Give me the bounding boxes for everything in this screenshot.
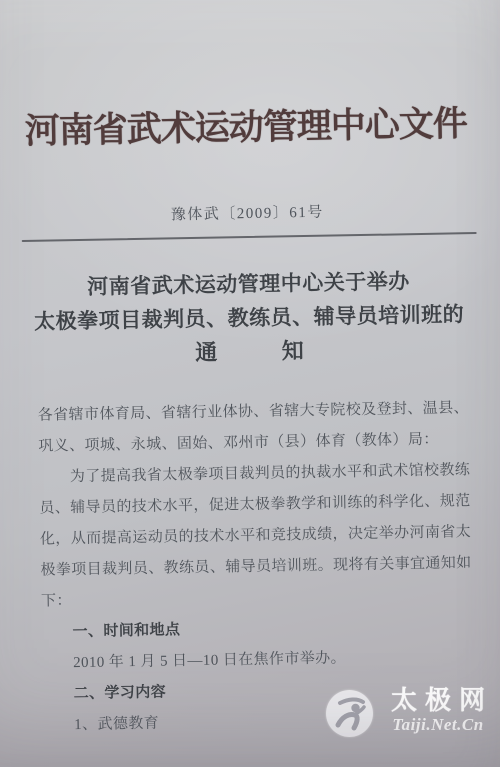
subject-line-3: 通 知 xyxy=(0,331,500,371)
subject-line-1: 河南省武术运动管理中心关于举办 xyxy=(0,264,499,303)
document-page: 河南省武术运动管理中心文件 豫体武〔2009〕61号 河南省武术运动管理中心关于… xyxy=(0,0,500,767)
subject-notice-char-2: 知 xyxy=(281,334,304,365)
subject-notice-char-1: 通 xyxy=(195,336,218,367)
document-number: 豫体武〔2009〕61号 xyxy=(0,198,497,228)
letterhead-divider xyxy=(22,232,477,242)
body-line: 1、武德教育 xyxy=(43,703,480,742)
subject-line-2: 太极拳项目裁判员、教练员、辅导员培训班的 xyxy=(0,298,499,337)
letterhead-title: 河南省武术运动管理中心文件 xyxy=(0,105,496,152)
document-body: 各省辖市体育局、省辖行业体协、省辖大专院校及登封、温县、巩义、项城、永城、固始、… xyxy=(38,393,481,742)
document-photo: 河南省武术运动管理中心文件 豫体武〔2009〕61号 河南省武术运动管理中心关于… xyxy=(0,0,500,767)
